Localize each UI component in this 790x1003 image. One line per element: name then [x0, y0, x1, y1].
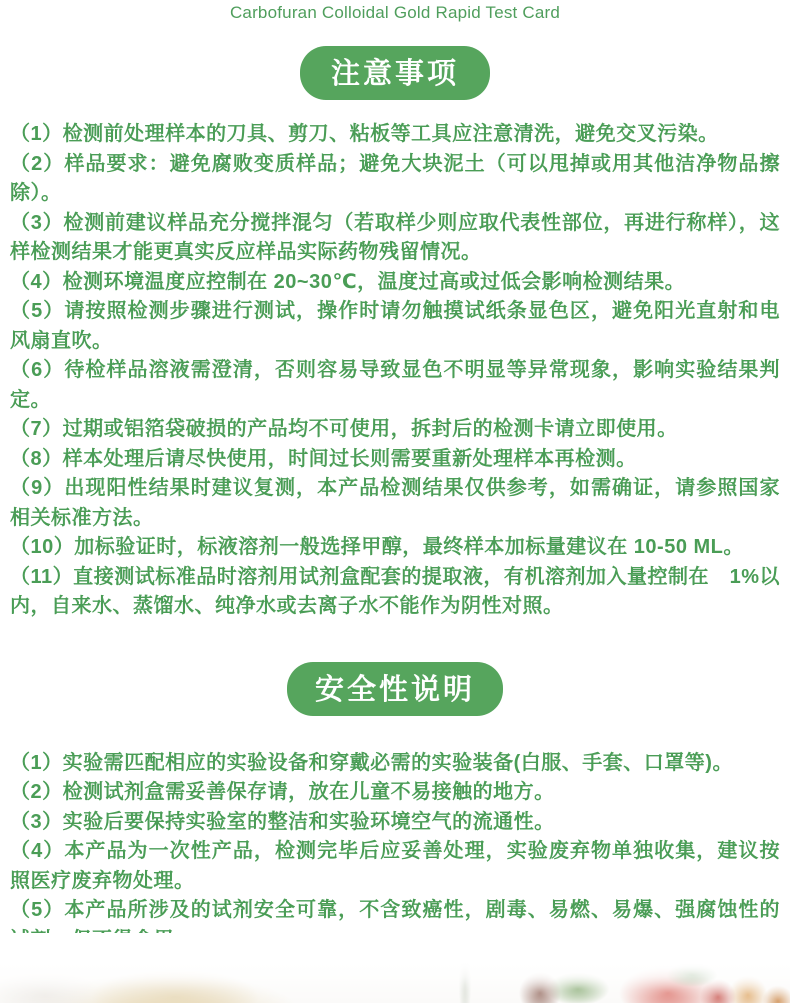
- product-description-page: Carbofuran Colloidal Gold Rapid Test Car…: [0, 0, 790, 1003]
- notice-item: （9）出现阳性结果时建议复测，本产品检测结果仅供参考，如需确证，请参照国家相关标…: [10, 474, 780, 533]
- vegetables-photo: [0, 933, 790, 1003]
- notice-item: （7）过期或铝箔袋破损的产品均不可使用，拆封后的检测卡请立即使用。: [10, 415, 780, 445]
- page-title: Carbofuran Colloidal Gold Rapid Test Car…: [0, 0, 790, 23]
- safety-item: （4）本产品为一次性产品，检测完毕后应妥善处理，实验废弃物单独收集，建议按照医疗…: [10, 837, 780, 896]
- safety-item: （1）实验需匹配相应的实验设备和穿戴必需的实验装备(白服、手套、口罩等)。: [10, 749, 780, 779]
- notice-item: （11）直接测试标准品时溶剂用试剂盒配套的提取液，有机溶剂加入量控制在 1%以内…: [10, 563, 780, 622]
- notice-item: （10）加标验证时，标液溶剂一般选择甲醇，最终样本加标量建议在 10-50 ML…: [10, 533, 780, 563]
- notice-item: （5）请按照检测步骤进行测试，操作时请勿触摸试纸条显色区，避免阳光直射和电风扇直…: [10, 297, 780, 356]
- notice-item: （3）检测前建议样品充分搅拌混匀（若取样少则应取代表性部位，再进行称样），这样检…: [10, 209, 780, 268]
- safety-list: （1）实验需匹配相应的实验设备和穿戴必需的实验装备(白服、手套、口罩等)。 （2…: [10, 749, 780, 956]
- notice-item: （2）样品要求：避免腐败变质样品；避免大块泥土（可以甩掉或用其他洁净物品擦除）。: [10, 150, 780, 209]
- notice-item: （4）检测环境温度应控制在 20~30℃，温度过高或过低会影响检测结果。: [10, 268, 780, 298]
- notice-list: （1）检测前处理样本的刀具、剪刀、粘板等工具应注意清洗，避免交叉污染。 （2）样…: [10, 120, 780, 622]
- notice-item: （8）样本处理后请尽快使用，时间过长则需要重新处理样本再检测。: [10, 445, 780, 475]
- section-heading-notice: 注意事项: [300, 46, 490, 100]
- photo-white-fade-overlay: [0, 933, 790, 1003]
- notice-item: （1）检测前处理样本的刀具、剪刀、粘板等工具应注意清洗，避免交叉污染。: [10, 120, 780, 150]
- notice-item: （6）待检样品溶液需澄清，否则容易导致显色不明显等异常现象，影响实验结果判定。: [10, 356, 780, 415]
- section-heading-safety: 安全性说明: [287, 662, 503, 716]
- safety-item: （3）实验后要保持实验室的整洁和实验环境空气的流通性。: [10, 808, 780, 838]
- safety-item: （2）检测试剂盒需妥善保存请，放在儿童不易接触的地方。: [10, 778, 780, 808]
